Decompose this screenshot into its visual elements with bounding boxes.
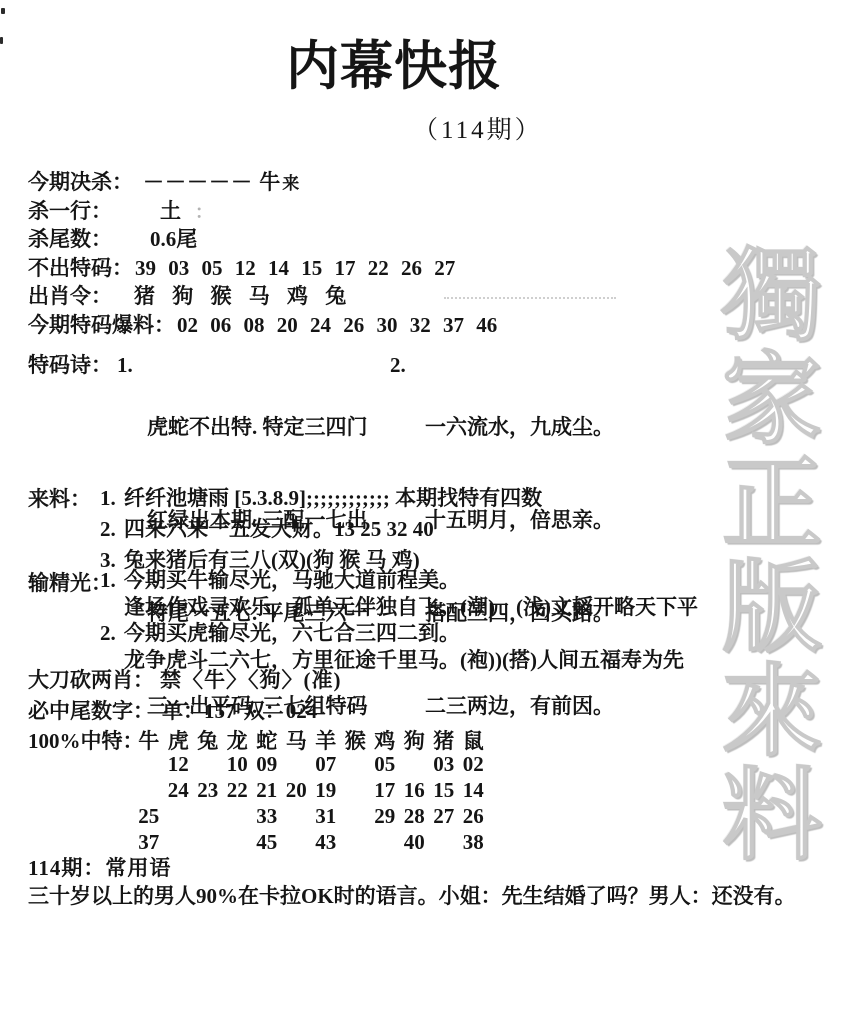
changyongyu-text: 三十岁以上的男人90%在卡拉OK时的语言。小姐：先生结婚了吗？男人：还没有。 [28, 880, 828, 910]
info-label: 杀尾数： [28, 223, 112, 253]
info-value: 土 [160, 195, 181, 225]
zhongte-number-cell: 38 [459, 830, 489, 855]
lailiao-label: 来料： [28, 483, 91, 513]
info-value: 0.6尾 [150, 223, 197, 253]
zodiac-cell: 鸡 [370, 725, 400, 755]
lailiao-item: 1.纤纤池塘雨 [5.3.8.9];;;;;;;;;;;; 本期找特有四数 [100, 483, 542, 514]
zodiac-cell: 虎 [164, 725, 194, 755]
zhongte-number-cell: 20 [282, 778, 312, 803]
info-line-buchutema: 不出特码：39 03 05 12 14 15 17 22 26 27 [28, 252, 497, 281]
zhongte-number-cell [282, 830, 312, 855]
zhongte-number-cell [341, 830, 371, 855]
info-value: 39 03 05 12 14 15 17 22 26 27 [135, 256, 455, 281]
zhongte-number-cell: 43 [311, 830, 341, 855]
zodiac-cell: 蛇 [252, 725, 282, 755]
info-line-jueska: 今期决杀：－－－－－ 牛来 [28, 166, 497, 195]
zhongte-number-cell: 27 [429, 804, 459, 829]
lailiao-section: 来料： 1.纤纤池塘雨 [5.3.8.9];;;;;;;;;;;; 本期找特有四… [28, 483, 542, 576]
zhongte-number-cell: 33 [252, 804, 282, 829]
info-value: 猪 狗 猴 马 鸡 兔 [134, 280, 346, 310]
shujingguang-line: 逢场作戏寻欢乐，孤单无伴独自飞。(潮) (浅)文韬开略天下平 [100, 594, 698, 621]
zhongte-number-cell [193, 752, 223, 777]
poem-label: 特码诗： [28, 350, 112, 381]
item-text: 今期买牛输尽光，马驰大道前程美。 [124, 567, 460, 594]
item-text: 四来六来一五发大财。13 25 32 40 [124, 514, 434, 545]
poem-number-1: 1. [117, 350, 133, 381]
zhongte-number-cell: 28 [400, 804, 430, 829]
zhongte-number-cell [429, 830, 459, 855]
zhongte-number-cell: 09 [252, 752, 282, 777]
zhongte-number-cell: 29 [370, 804, 400, 829]
item-number [100, 594, 124, 621]
info-line-shayihang: 杀一行：土： [28, 195, 497, 224]
zhongte-number-row: 25333129282726 [134, 804, 488, 829]
zhongte-number-cell: 21 [252, 778, 282, 803]
info-line-baoliao: 今期特码爆料：02 06 08 20 24 26 30 32 37 46 [28, 309, 497, 338]
item-number: 2. [100, 514, 124, 545]
info-suffix: 来 [282, 169, 299, 194]
shujingguang-line: 2.今期买虎输尽光，六七合三四二到。 [100, 620, 698, 647]
zhongte-number-cell: 15 [429, 778, 459, 803]
zodiac-cell: 兔 [193, 725, 223, 755]
zhongte-number-cell: 40 [400, 830, 430, 855]
dadao-label: 大刀砍两肖： [28, 664, 154, 694]
zodiac-cell: 鼠 [459, 725, 489, 755]
scan-speck [1, 8, 5, 14]
zhongte-number-cell: 12 [164, 752, 194, 777]
zhongte-number-cell [223, 804, 253, 829]
zodiac-cell: 猴 [341, 725, 371, 755]
dadao-value: 禁〈牛〉〈狗〉(准) [160, 664, 342, 694]
zhongte-number-cell: 02 [459, 752, 489, 777]
zhongte-number-cell [341, 778, 371, 803]
zhongte-number-cell [134, 778, 164, 803]
info-value: －－－－－ 牛 [143, 166, 281, 196]
zhongte-number-cell: 03 [429, 752, 459, 777]
lailiao-item: 2.四来六来一五发大财。13 25 32 40 [100, 514, 542, 545]
poem-line: 一六流水，九成尘。 [425, 412, 614, 443]
zhongte-number-cell [370, 830, 400, 855]
dadao-two-zodiac-line: 大刀砍两肖：禁〈牛〉〈狗〉(准) [28, 664, 342, 694]
zhongte-number-cell: 26 [459, 804, 489, 829]
zhongte-number-cell [282, 804, 312, 829]
zhongte-number-cell [193, 830, 223, 855]
zhongte-zodiac-row: 牛虎兔龙蛇马羊猴鸡狗猪鼠 [134, 725, 488, 755]
weishu-value: 单：157 双：024 [162, 695, 317, 725]
issue-number: （114期） [413, 110, 543, 146]
zhongte-label: 100%中特： [28, 725, 144, 755]
info-line-chuxiaoling: 出肖令：猪 狗 猴 马 鸡 兔 [28, 280, 497, 309]
item-text: 逢场作戏寻欢乐，孤单无伴独自飞。(潮) (浅)文韬开略天下平 [124, 594, 698, 621]
zhongte-number-cell: 07 [311, 752, 341, 777]
zhongte-number-cell [282, 752, 312, 777]
zhongte-number-cell: 45 [252, 830, 282, 855]
zodiac-cell: 马 [282, 725, 312, 755]
watermark-text: 獨家正版來料 [712, 242, 812, 866]
info-label: 今期决杀： [28, 166, 133, 196]
zodiac-cell: 牛 [134, 725, 164, 755]
footer-clipped-line: 114期开奖日期为2014年10月04日(星期六 21:30)如有改动 [28, 926, 557, 940]
zhongte-number-cell: 16 [400, 778, 430, 803]
poem-number-2: 2. [390, 350, 406, 381]
changyongyu-title: 114期：常用语 [28, 852, 171, 882]
zhongte-number-cell [164, 804, 194, 829]
shujingguang-label: 输精光： [28, 567, 112, 597]
info-value: 02 06 08 20 24 26 30 32 37 46 [177, 313, 497, 338]
zhongte-number-cell: 23 [193, 778, 223, 803]
scan-speck [0, 37, 3, 44]
zodiac-cell: 猪 [429, 725, 459, 755]
zhongte-number-row: 3745434038 [134, 830, 488, 855]
zodiac-cell: 龙 [223, 725, 253, 755]
zhongte-number-cell: 25 [134, 804, 164, 829]
zhongte-number-cell [134, 752, 164, 777]
poem-line: 二三两边，有前因。 [425, 691, 614, 722]
zhongte-number-cell [223, 830, 253, 855]
item-text: 今期买虎输尽光，六七合三四二到。 [124, 620, 460, 647]
tail-digits-line: 必中尾数字：单：157 双：024 [28, 695, 317, 725]
item-text: 纤纤池塘雨 [5.3.8.9];;;;;;;;;;;; 本期找特有四数 [124, 483, 542, 514]
page-title: 内幕快报 [286, 24, 502, 100]
zhongte-number-cell: 17 [370, 778, 400, 803]
info-line-shaweishu: 杀尾数：0.6尾 [28, 223, 497, 252]
zhongte-number-row: 24232221201917161514 [134, 778, 488, 803]
zhongte-number-row: 12100907050302 [134, 752, 488, 777]
item-number: 1. [100, 483, 124, 514]
item-number: 2. [100, 620, 124, 647]
zhongte-number-cell: 19 [311, 778, 341, 803]
info-label: 今期特码爆料： [28, 309, 175, 339]
zhongte-number-cell [193, 804, 223, 829]
zhongte-number-cell: 31 [311, 804, 341, 829]
zhongte-number-cell: 22 [223, 778, 253, 803]
shujingguang-line: 1.今期买牛输尽光，马驰大道前程美。 [100, 567, 698, 594]
info-label: 出肖令： [28, 280, 112, 310]
poem-line: 虎蛇不出特. 特定三四门 [147, 412, 368, 443]
info-label: 杀一行： [28, 195, 112, 225]
zhongte-number-cell [341, 752, 371, 777]
zhongte-number-cell: 10 [223, 752, 253, 777]
zhongte-number-cell: 14 [459, 778, 489, 803]
info-suffix: ： [195, 198, 213, 224]
kill-info-section: 今期决杀：－－－－－ 牛来 杀一行：土： 杀尾数：0.6尾 不出特码：39 03… [28, 166, 497, 337]
info-label: 不出特码： [28, 252, 133, 282]
weishu-label: 必中尾数字： [28, 695, 154, 725]
zodiac-cell: 狗 [400, 725, 430, 755]
zhongte-number-cell [400, 752, 430, 777]
zhongte-number-cell: 24 [164, 778, 194, 803]
zodiac-cell: 羊 [311, 725, 341, 755]
zhongte-number-cell: 05 [370, 752, 400, 777]
shujingguang-section: 输精光： 1.今期买牛输尽光，马驰大道前程美。 逢场作戏寻欢乐，孤单无伴独自飞。… [28, 567, 698, 673]
zhongte-number-cell [341, 804, 371, 829]
